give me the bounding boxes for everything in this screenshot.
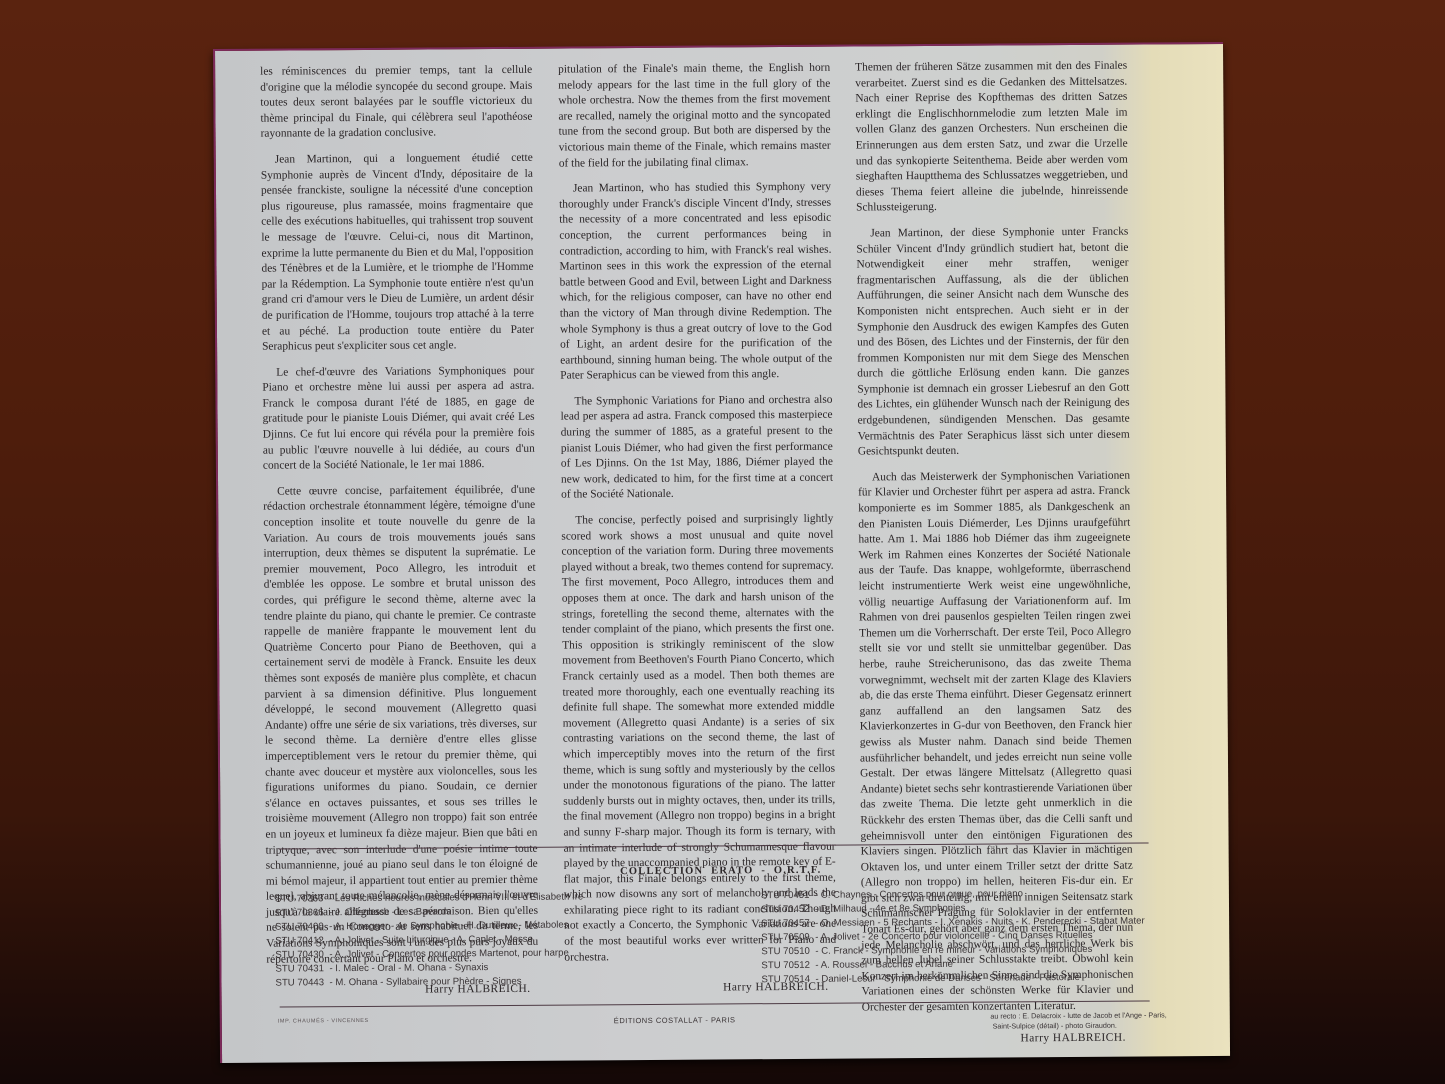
catalog-code: STU 70363 xyxy=(275,892,329,906)
catalog-title: - D. Milhaud - 4e et 8e Symphonies xyxy=(815,902,965,917)
catalog-list-right: STU 70451- C. Chaynes - Concertos pour o… xyxy=(761,886,1211,987)
publisher-credit: ÉDITIONS COSTALLAT - PARIS xyxy=(614,1015,736,1025)
catalog-code: STU 70451 xyxy=(761,889,815,903)
cover-art-credit: au recto : E. Delacroix - lutte de Jacob… xyxy=(927,1010,1167,1031)
paragraph: The Symphonic Variations for Piano and o… xyxy=(560,393,833,504)
author-signature: Harry HALBREICH. xyxy=(862,1030,1134,1047)
paragraph: Jean Martinon, who has studied this Symp… xyxy=(559,180,832,385)
cover-art-credit-line: au recto : E. Delacroix - lutte de Jacob… xyxy=(927,1010,1167,1021)
catalog-code: STU 70431 xyxy=(275,962,329,976)
catalog-title: - A. Jolivet - Suite Liturgique - A. Cap… xyxy=(329,933,533,948)
catalog-title: - A. Jolivet - Concertos pour ondes Mart… xyxy=(329,947,569,963)
cover-art-credit-line: Saint-Sulpice (détail) - photo Giraudon. xyxy=(927,1020,1167,1031)
catalog-code: STU 70400 xyxy=(275,920,329,934)
catalog-code: STU 70457 xyxy=(761,917,815,931)
paragraph: Le chef-d'œuvre des Variations Symphoniq… xyxy=(262,363,535,474)
paragraph: Jean Martinon, der diese Symphonie unter… xyxy=(856,225,1130,461)
catalog-item: STU 70514- Daniel-Lesur - Symphonie de D… xyxy=(761,970,1210,987)
catalog-code: STU 70512 xyxy=(761,959,815,973)
catalog-item: STU 70430- A. Jolivet - Concertos pour o… xyxy=(275,946,583,962)
paragraph: pitulation of the Finale's main theme, t… xyxy=(558,61,831,172)
catalog-item: STU 70443- M. Ohana - Syllabaire pour Ph… xyxy=(275,974,583,990)
catalog-code: STU 70510 xyxy=(761,945,815,959)
catalog-code: STU 70412 xyxy=(275,934,329,948)
catalog-title: - Les Riches heures musicales d'Henri VI… xyxy=(329,890,583,906)
catalog-code: STU 70452 xyxy=(761,903,815,917)
catalog-list-left: STU 70363- Les Riches heures musicales d… xyxy=(275,890,584,990)
catalog-title: - M. Ohana - Syllabaire pour Phèdre - Si… xyxy=(329,975,521,990)
printer-credit: IMP. CHAUMÉS - VINCENNES xyxy=(278,1018,369,1025)
catalog-title: - C. Chaynes - Concertos pour orgue, pou… xyxy=(815,887,1023,902)
catalog-code: STU 70514 xyxy=(761,973,815,987)
paragraph: Jean Martinon, qui a longuement étudié c… xyxy=(261,151,534,356)
catalog-title: - C. Franck - Symphonie en ré mineur - V… xyxy=(815,943,1092,959)
catalog-title: - I. Malec - Oral - M. Ohana - Synaxis xyxy=(329,961,488,976)
paragraph: les réminiscences du premier temps, tant… xyxy=(260,63,533,143)
catalog-item: STU 70400- A. Honegger - 4e Symphonie - … xyxy=(275,918,583,934)
catalog-code: STU 70366 xyxy=(275,906,329,920)
catalog-code: STU 70443 xyxy=(275,976,329,990)
catalog-title: - A. Roussel - Bacchus et Ariane xyxy=(815,958,953,973)
catalog-item: STU 70363- Les Riches heures musicales d… xyxy=(275,890,583,906)
paragraph: Themen der früheren Sätze zusammen mit d… xyxy=(855,59,1128,217)
catalog-title: - Daniel-Lesur - Symphonie de Danses - S… xyxy=(815,971,1080,987)
catalog-code: STU 70509 xyxy=(761,931,815,945)
record-sleeve-back: les réminiscences du premier temps, tant… xyxy=(213,42,1230,1063)
catalog-title: - J. Offenbach - Les Bavards xyxy=(329,905,451,920)
catalog-title: - O. Messiaen - 5 Rechants - I. Xenakis … xyxy=(815,914,1210,931)
catalog-code: STU 70430 xyxy=(275,948,329,962)
